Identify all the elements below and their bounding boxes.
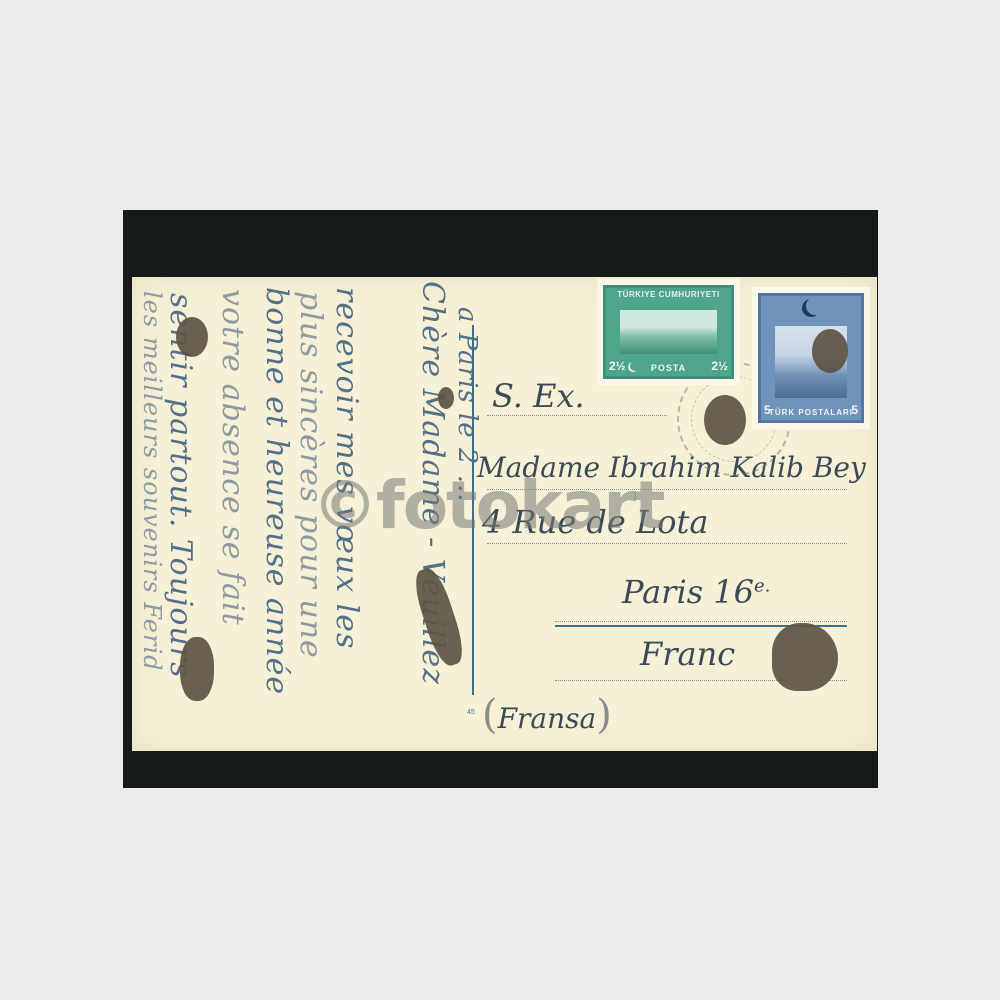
stain [812, 329, 848, 373]
stamp-value: 2½ [711, 359, 728, 373]
stain [704, 395, 746, 445]
stain [772, 623, 838, 691]
stamp-country-text: TÜRKIYE CUMHURIYETI [606, 290, 731, 299]
green-stamp: TÜRKIYE CUMHURIYETI POSTA 2½ 2½ [597, 279, 740, 385]
stamp-value: 2½ [609, 359, 626, 373]
city-name: Paris 16 [622, 573, 754, 611]
stamp-value: 5 [764, 403, 771, 417]
message-line: les meilleurs souvenirs Ferid [138, 291, 166, 671]
stain [438, 387, 454, 409]
crescent-star-icon [802, 299, 820, 317]
stamp-value: 5 [851, 403, 858, 417]
blue-stamp: TÜRK POSTALARI 5 5 [752, 287, 870, 429]
country-note: (Fransa) [482, 692, 612, 738]
address-city: Paris 16e. [622, 573, 770, 611]
card-number: 45 [467, 709, 475, 716]
watermark: ©fotokart [312, 467, 663, 544]
address-honorific: S. Ex. [492, 377, 585, 415]
postcard: a Paris le 2 ... Chère Madame - Veuillez… [132, 277, 877, 751]
address-line [487, 415, 667, 416]
message-line: votre absence se fait [215, 289, 250, 626]
country-note-text: Fransa [498, 702, 597, 735]
stamp-scene-fortress [620, 310, 717, 354]
arrondissement-suffix: e. [754, 575, 770, 596]
stamp-posta-text: TÜRK POSTALARI [761, 408, 861, 417]
message-line: bonne et heureuse année [259, 287, 294, 695]
address-country: Franc [640, 635, 735, 673]
address-line [555, 621, 847, 622]
stain [176, 317, 208, 357]
stain [180, 637, 214, 701]
